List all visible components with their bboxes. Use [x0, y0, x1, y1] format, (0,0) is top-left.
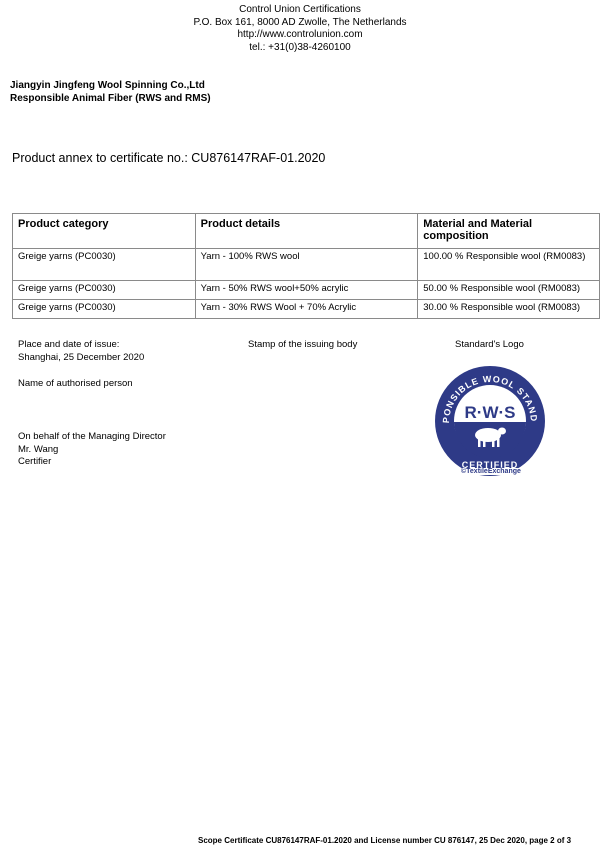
rws-logo: RESPONSIBLE WOOL STANDARD R·W·S CERTIFIE…	[431, 364, 549, 482]
logo-credit: ©TextileExchange	[459, 468, 523, 475]
rws-certified-badge-icon: RESPONSIBLE WOOL STANDARD R·W·S CERTIFIE…	[431, 364, 549, 482]
signatory-block: On behalf of the Managing Director Mr. W…	[18, 431, 166, 469]
cell-composition: 100.00 % Responsible wool (RM0083)	[418, 249, 600, 281]
header-product-details: Product details	[195, 214, 418, 249]
header-product-category: Product category	[13, 214, 196, 249]
signatory-role: Certifier	[18, 456, 166, 469]
cell-details: Yarn - 100% RWS wool	[195, 249, 418, 281]
issuer-header: Control Union Certifications P.O. Box 16…	[0, 4, 600, 54]
signatory-behalf: On behalf of the Managing Director	[18, 431, 166, 444]
issue-place-label: Place and date of issue:	[18, 339, 144, 352]
cell-details: Yarn - 50% RWS wool+50% acrylic	[195, 281, 418, 300]
organization-scope: Responsible Animal Fiber (RWS and RMS)	[10, 93, 211, 106]
annex-title: Product annex to certificate no.: CU8761…	[12, 151, 325, 165]
issue-place-block: Place and date of issue: Shanghai, 25 De…	[18, 339, 144, 364]
table-row: Greige yarns (PC0030) Yarn - 100% RWS wo…	[13, 249, 600, 281]
product-table: Product category Product details Materia…	[12, 213, 600, 319]
cell-composition: 50.00 % Responsible wool (RM0083)	[418, 281, 600, 300]
cell-category: Greige yarns (PC0030)	[13, 300, 196, 319]
cell-category: Greige yarns (PC0030)	[13, 249, 196, 281]
signatory-name: Mr. Wang	[18, 444, 166, 457]
header-material-composition: Material and Material composition	[418, 214, 600, 249]
cell-details: Yarn - 30% RWS Wool + 70% Acrylic	[195, 300, 418, 319]
table-row: Greige yarns (PC0030) Yarn - 50% RWS woo…	[13, 281, 600, 300]
page-footer: Scope Certificate CU876147RAF-01.2020 an…	[198, 836, 571, 845]
issuer-name: Control Union Certifications	[0, 4, 600, 17]
table-header-row: Product category Product details Materia…	[13, 214, 600, 249]
cell-category: Greige yarns (PC0030)	[13, 281, 196, 300]
issuer-website: http://www.controlunion.com	[0, 29, 600, 42]
svg-text:R·W·S: R·W·S	[465, 403, 516, 422]
organization-name: Jiangyin Jingfeng Wool Spinning Co.,Ltd	[10, 80, 211, 93]
cell-composition: 30.00 % Responsible wool (RM0083)	[418, 300, 600, 319]
issuer-address: P.O. Box 161, 8000 AD Zwolle, The Nether…	[0, 17, 600, 30]
certified-organization: Jiangyin Jingfeng Wool Spinning Co.,Ltd …	[10, 80, 211, 105]
issue-place-value: Shanghai, 25 December 2020	[18, 352, 144, 365]
stamp-label: Stamp of the issuing body	[248, 339, 357, 352]
table-row: Greige yarns (PC0030) Yarn - 30% RWS Woo…	[13, 300, 600, 319]
standard-logo-label: Standard's Logo	[455, 339, 524, 352]
authorised-person-label: Name of authorised person	[18, 378, 133, 391]
issuer-phone: tel.: +31(0)38-4260100	[0, 42, 600, 55]
